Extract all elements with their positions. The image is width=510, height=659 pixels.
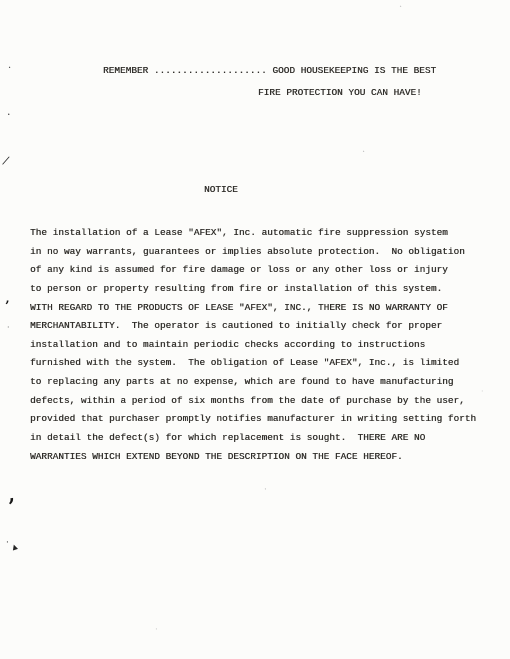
pen-mark: / bbox=[3, 155, 9, 167]
pen-mark: · bbox=[7, 109, 11, 120]
header-fire-protection-line: FIRE PROTECTION YOU CAN HAVE! bbox=[258, 87, 422, 98]
pen-mark: , bbox=[7, 486, 16, 506]
scan-speck: · bbox=[155, 626, 158, 635]
body-line: of any kind is assumed for fire damage o… bbox=[30, 261, 490, 280]
body-line: furnished with the system. The obligatio… bbox=[30, 354, 490, 373]
pen-mark: ▲ bbox=[11, 543, 18, 551]
body-line: MERCHANTABILITY. The operator is caution… bbox=[30, 317, 490, 336]
header-remember-line: REMEMBER .................... GOOD HOUSE… bbox=[103, 65, 436, 76]
body-line: in detail the defect(s) for which replac… bbox=[30, 429, 490, 448]
scan-speck: · bbox=[399, 3, 402, 13]
document-page: REMEMBER .................... GOOD HOUSE… bbox=[0, 0, 510, 659]
body-line: to person or property resulting from fir… bbox=[30, 280, 490, 299]
scan-speck: · bbox=[362, 148, 365, 158]
pen-mark: · bbox=[6, 539, 9, 548]
body-line: in no way warrants, guarantees or implie… bbox=[30, 243, 490, 262]
notice-body: The installation of a Lease "AFEX", Inc.… bbox=[30, 224, 490, 466]
body-line: WITH REGARD TO THE PRODUCTS OF LEASE "AF… bbox=[30, 299, 490, 318]
notice-heading: NOTICE bbox=[204, 184, 238, 195]
pen-mark: · bbox=[8, 64, 11, 74]
body-line: provided that purchaser promptly notifie… bbox=[30, 410, 490, 429]
pen-mark: · bbox=[7, 324, 10, 332]
body-line: installation and to maintain periodic ch… bbox=[30, 336, 490, 355]
body-line: WARRANTIES WHICH EXTEND BEYOND THE DESCR… bbox=[30, 448, 490, 467]
pen-mark: ’ bbox=[5, 300, 10, 313]
body-line: to replacing any parts at no expense, wh… bbox=[30, 373, 490, 392]
body-line: The installation of a Lease "AFEX", Inc.… bbox=[30, 224, 490, 243]
body-line: defects, within a period of six months f… bbox=[30, 392, 490, 411]
scan-speck: · bbox=[264, 486, 267, 495]
scan-speck: · bbox=[481, 388, 484, 396]
